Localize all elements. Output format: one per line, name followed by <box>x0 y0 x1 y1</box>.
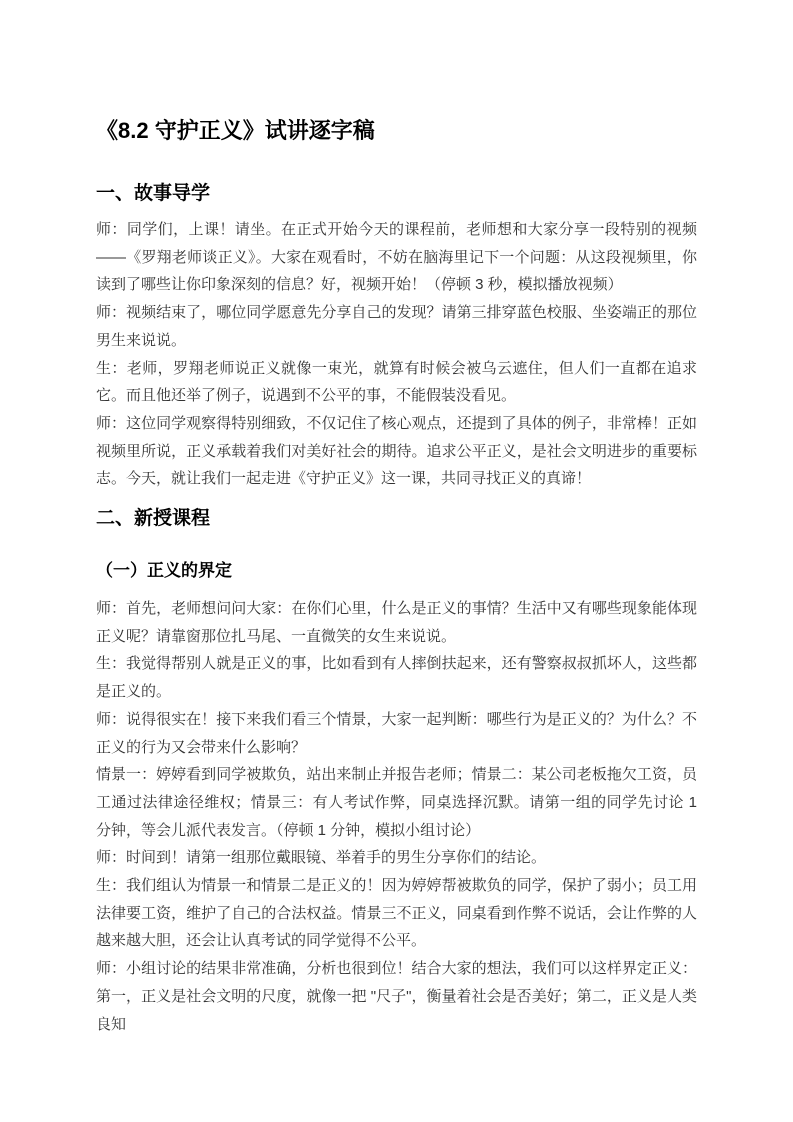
paragraph-scenarios-list: 情景一：婷婷看到同学被欺负，站出来制止并报告老师；情景二：某公司老板拖欠工资，员… <box>96 761 697 844</box>
paragraph-student-group-conclusion: 生：我们组认为情景一和情景二是正义的！因为婷婷帮被欺负的同学，保护了弱小；员工用… <box>96 872 697 955</box>
paragraph-student-video-answer: 生：老师，罗翔老师说正义就像一束光，就算有时候会被乌云遮住，但人们一直都在追求它… <box>96 355 697 410</box>
section-heading-new-lesson: 二、新授课程 <box>96 506 697 532</box>
section-heading-story-guide: 一、故事导学 <box>96 181 697 207</box>
paragraph-teacher-ask-share: 师：视频结束了，哪位同学愿意先分享自己的发现？请第三排穿蓝色校服、坐姿端正的那位… <box>96 299 697 354</box>
paragraph-teacher-time-up: 师：时间到！请第一组那位戴眼镜、举着手的男生分享你们的结论。 <box>96 844 697 872</box>
paragraph-teacher-three-scenarios-intro: 师：说得很实在！接下来我们看三个情景，大家一起判断：哪些行为是正义的？为什么？不… <box>96 706 697 761</box>
paragraph-teacher-question-justice: 师：首先，老师想问问大家：在你们心里，什么是正义的事情？生活中又有哪些现象能体现… <box>96 595 697 650</box>
subsection-heading-justice-definition: （一）正义的界定 <box>96 558 697 584</box>
paragraph-teacher-justice-definition: 师：小组讨论的结果非常准确，分析也很到位！结合大家的想法，我们可以这样界定正义：… <box>96 955 697 1038</box>
document-page: 《8.2 守护正义》试讲逐字稿 一、故事导学 师：同学们，上课！请坐。在正式开始… <box>0 0 793 1122</box>
paragraph-student-examples: 生：我觉得帮别人就是正义的事，比如看到有人摔倒扶起来，还有警察叔叔抓坏人，这些都… <box>96 650 697 705</box>
document-title: 《8.2 守护正义》试讲逐字稿 <box>96 116 697 146</box>
paragraph-teacher-summary-intro: 师：这位同学观察得特别细致，不仅记住了核心观点，还提到了具体的例子，非常棒！正如… <box>96 410 697 493</box>
paragraph-teacher-video-intro: 师：同学们，上课！请坐。在正式开始今天的课程前，老师想和大家分享一段特别的视频 … <box>96 216 697 299</box>
